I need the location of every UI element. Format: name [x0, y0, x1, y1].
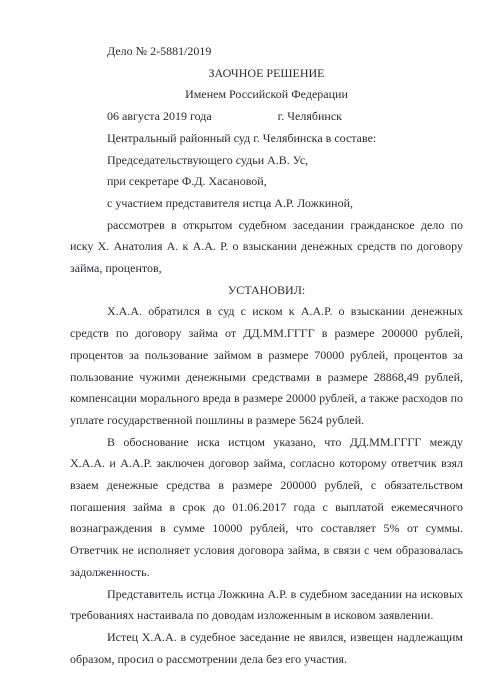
document-subtitle: Именем Российской Федерации	[70, 84, 463, 106]
judge-line: Председательствующего судьи А.В. Ус,	[70, 150, 463, 172]
body-paragraph-plaintiff-absence: Истец Х.А.А. в судебное заседание не яви…	[70, 627, 463, 670]
court-line: Центральный районный суд г. Челябинска в…	[70, 128, 463, 150]
representative-line: с участием представителя истца А.Р. Ложк…	[70, 193, 463, 215]
decision-date: 06 августа 2019 года	[107, 109, 212, 123]
body-paragraph-justification: В обоснование иска истцом указано, что Д…	[70, 432, 463, 584]
date-city-line: 06 августа 2019 годаг. Челябинск	[70, 106, 463, 128]
established-heading: УСТАНОВИЛ:	[70, 280, 463, 302]
body-paragraph-claim: Х.А.А. обратился в суд с иском к А.А.Р. …	[70, 301, 463, 431]
body-paragraph-representative: Представитель истца Ложкина А.Р. в судеб…	[70, 584, 463, 627]
document-title: ЗАОЧНОЕ РЕШЕНИЕ	[70, 63, 463, 85]
decision-city: г. Челябинск	[278, 109, 342, 123]
case-summary-paragraph: рассмотрев в открытом судебном заседании…	[70, 215, 463, 280]
secretary-line: при секретаре Ф.Д. Хасановой,	[70, 171, 463, 193]
case-number: Дело № 2-5881/2019	[70, 41, 463, 63]
court-decision-document: Дело № 2-5881/2019 ЗАОЧНОЕ РЕШЕНИЕ Имене…	[70, 41, 463, 670]
